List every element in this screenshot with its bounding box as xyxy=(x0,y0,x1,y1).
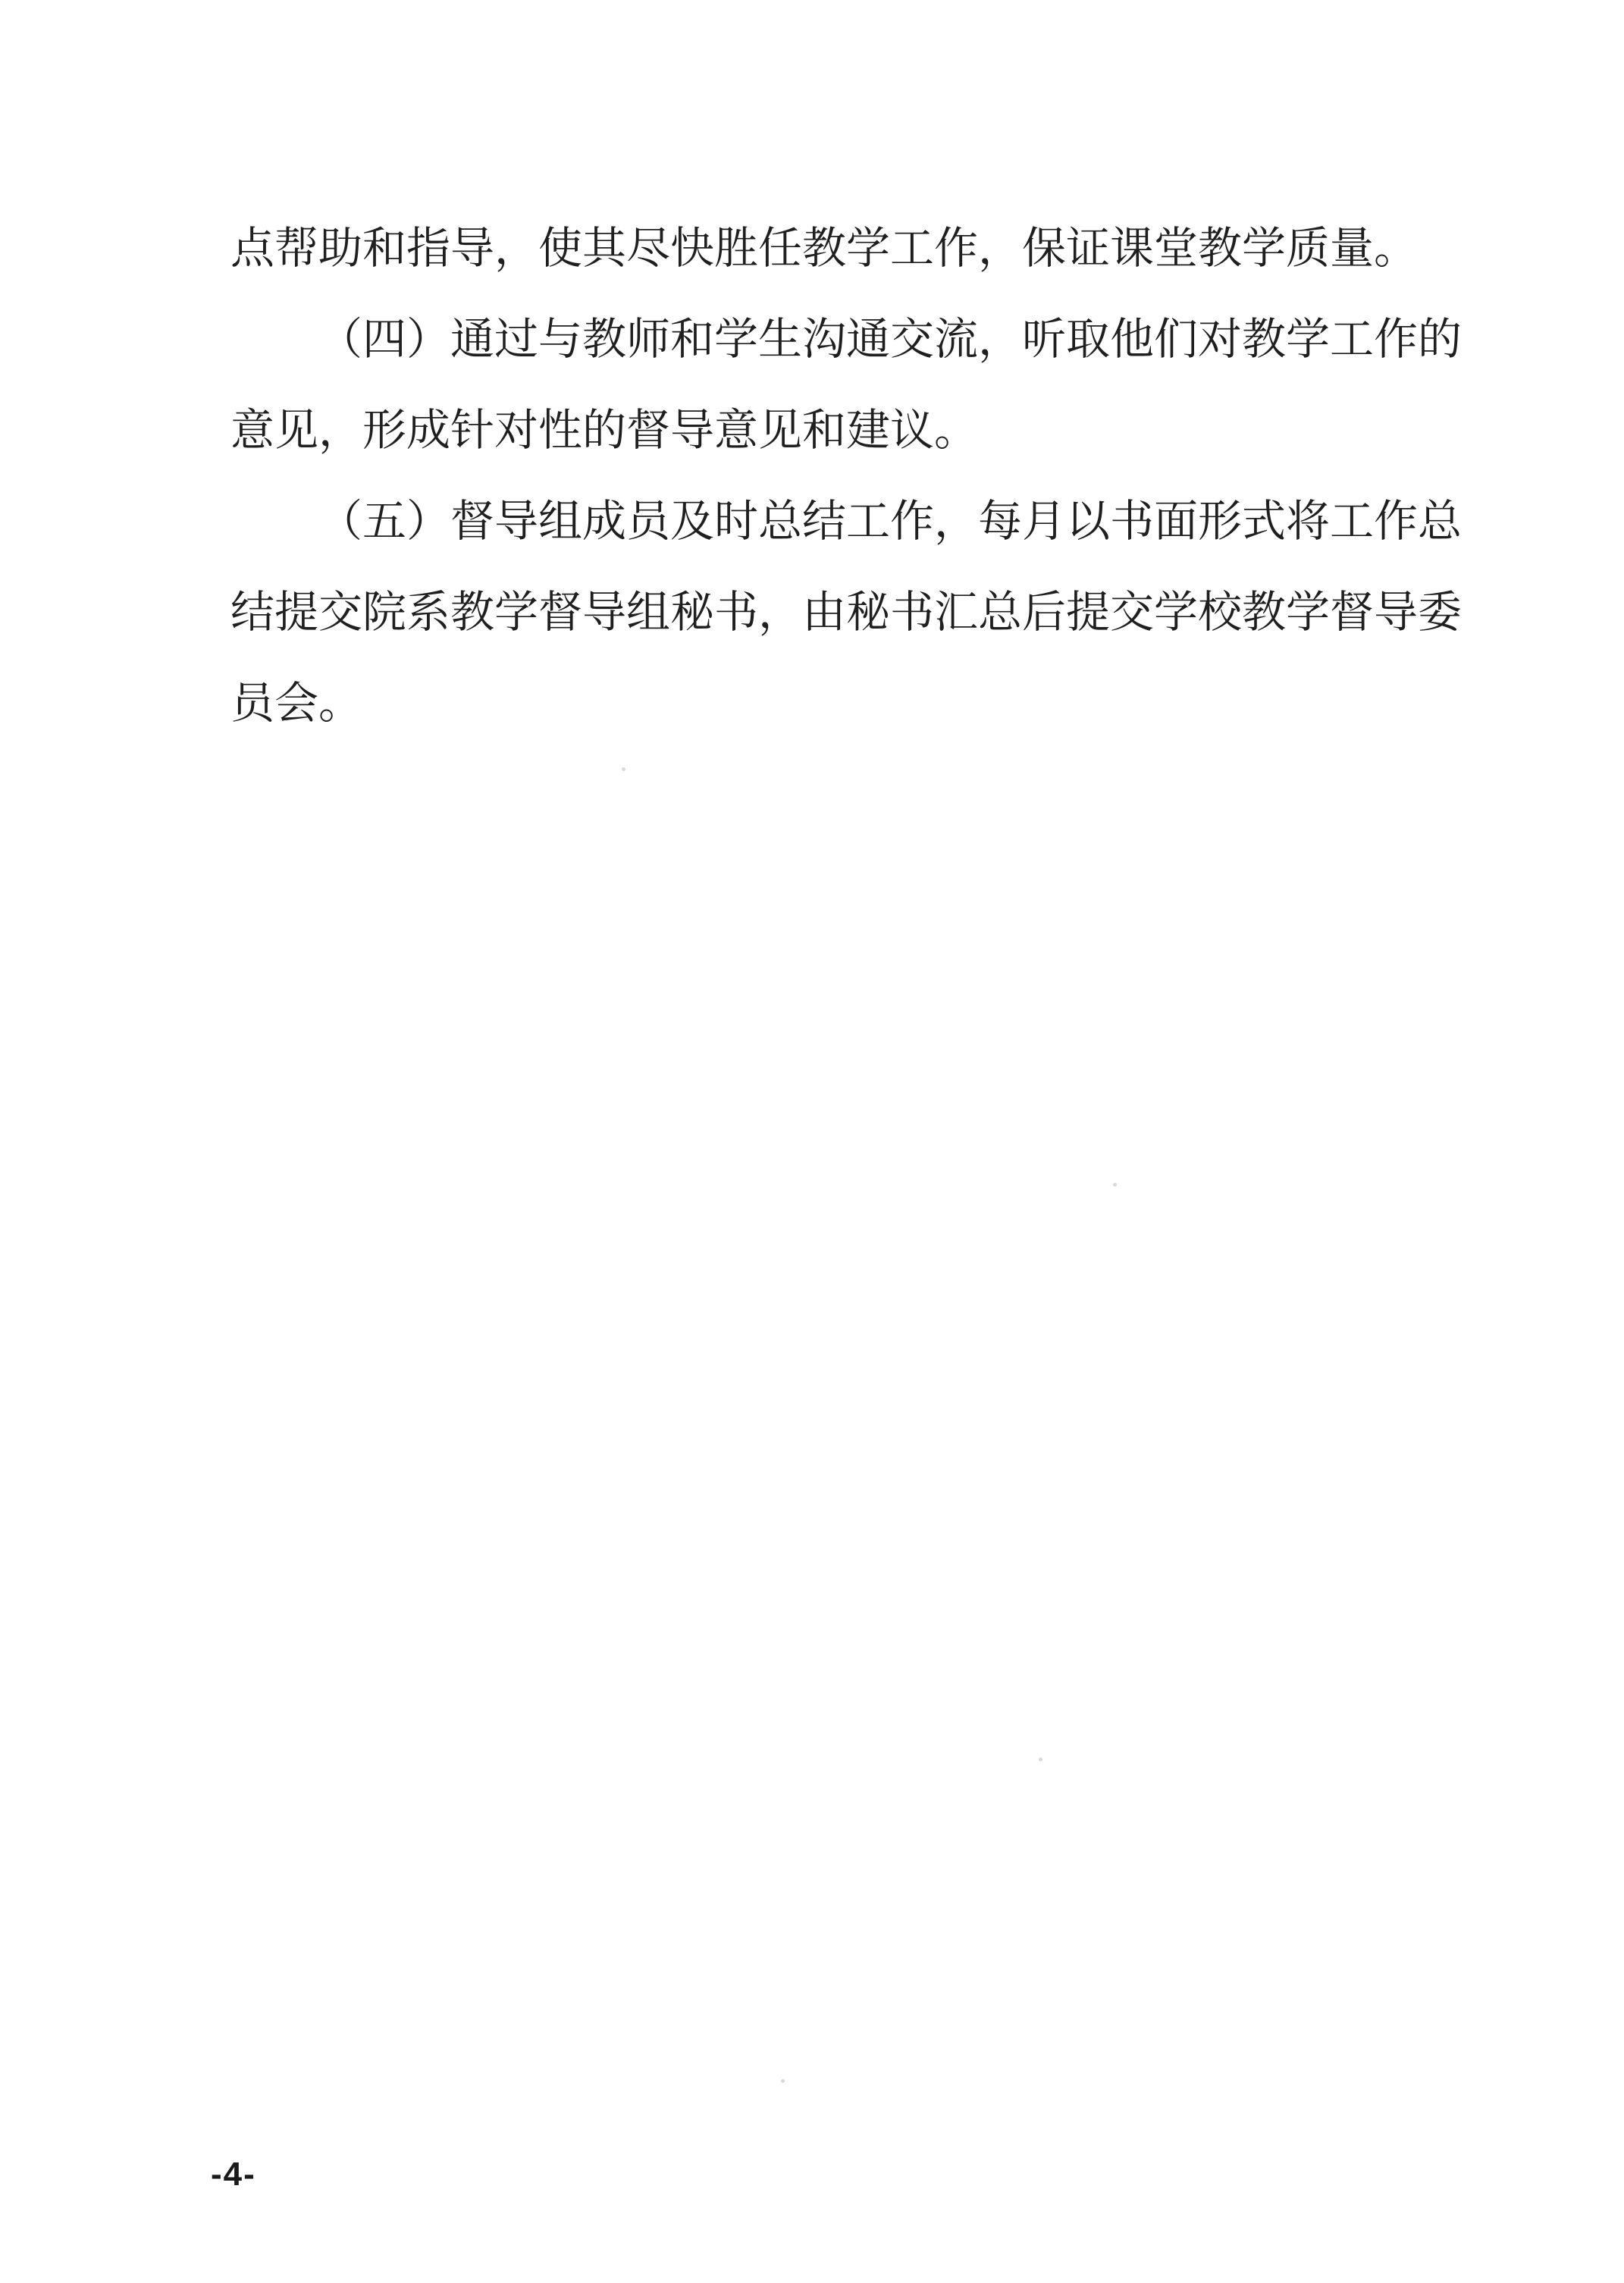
page-number: -4- xyxy=(211,2152,256,2197)
document-page: 点帮助和指导，使其尽快胜任教学工作，保证课堂教学质量。 （四）通过与教师和学生沟… xyxy=(0,0,1624,2283)
scan-noise-speck xyxy=(1039,1758,1042,1761)
body-text: 点帮助和指导，使其尽快胜任教学工作，保证课堂教学质量。 （四）通过与教师和学生沟… xyxy=(230,203,1465,749)
scan-noise-speck xyxy=(781,2079,785,2083)
text-line: 点帮助和指导，使其尽快胜任教学工作，保证课堂教学质量。 xyxy=(230,203,1465,294)
text-line: （四）通过与教师和学生沟通交流，听取他们对教学工作的 xyxy=(230,294,1465,385)
text-line: 员会。 xyxy=(230,658,1465,749)
paragraph-item-5: （五）督导组成员及时总结工作，每月以书面形式将工作总 结提交院系教学督导组秘书，… xyxy=(230,476,1465,749)
scan-noise-speck xyxy=(1113,1183,1117,1187)
text-line: 结提交院系教学督导组秘书，由秘书汇总后提交学校教学督导委 xyxy=(230,567,1465,658)
paragraph-continuation: 点帮助和指导，使其尽快胜任教学工作，保证课堂教学质量。 xyxy=(230,203,1465,294)
text-line: （五）督导组成员及时总结工作，每月以书面形式将工作总 xyxy=(230,476,1465,567)
paragraph-item-4: （四）通过与教师和学生沟通交流，听取他们对教学工作的 意见，形成针对性的督导意见… xyxy=(230,294,1465,476)
text-line: 意见，形成针对性的督导意见和建议。 xyxy=(230,385,1465,476)
scan-noise-speck xyxy=(622,767,625,771)
